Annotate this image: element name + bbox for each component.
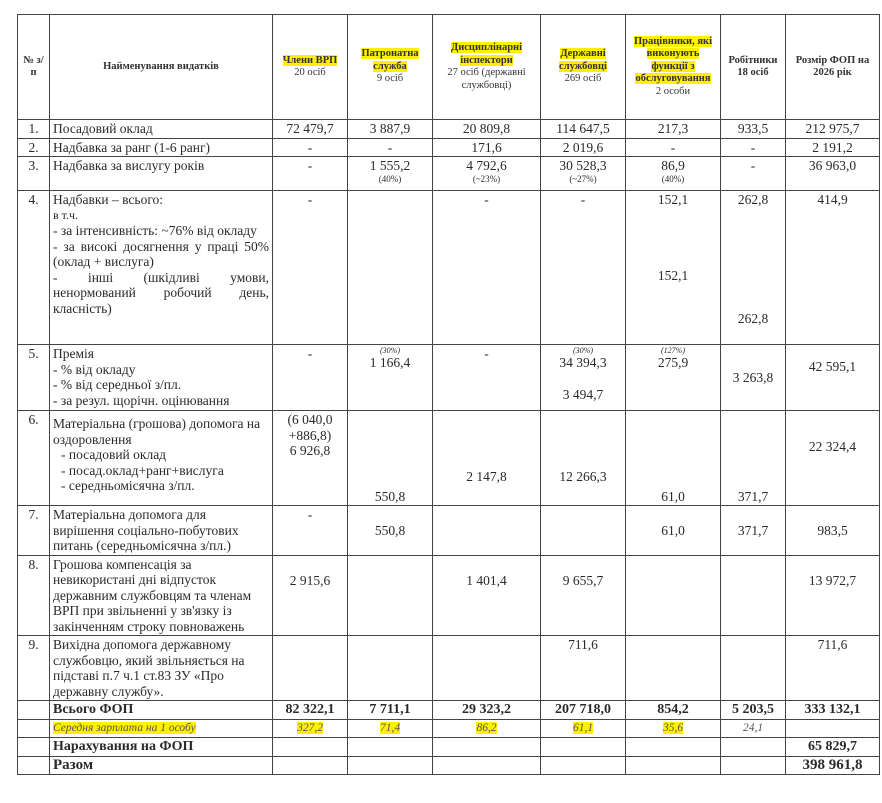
payroll-table: № з/п Найменування видатків Члени ВРП20 …	[17, 14, 880, 775]
header-col1: Члени ВРП20 осіб	[273, 15, 348, 120]
grand-total-row: Разом 398 961,8	[18, 756, 880, 775]
table-row: 8. Грошова компенсація за невикористані …	[18, 555, 880, 636]
header-row: № з/п Найменування видатків Члени ВРП20 …	[18, 15, 880, 120]
header-name: Найменування видатків	[50, 15, 273, 120]
table-row: 7. Матеріальна допомога для вирішення со…	[18, 506, 880, 556]
header-col5: Працівники, які виконують функції з обсл…	[626, 15, 721, 120]
header-no: № з/п	[18, 15, 50, 120]
average-salary-row: Середня зарплата на 1 особу 327,2 71,4 8…	[18, 719, 880, 738]
table-row: 6. Матеріальна (грошова) допомога на озд…	[18, 411, 880, 506]
table-row: 3. Надбавка за вислугу років - 1 555,2(4…	[18, 157, 880, 191]
header-col4: Державні службовці269 осіб	[541, 15, 626, 120]
table-row: 1. Посадовий оклад 72 479,7 3 887,9 20 8…	[18, 120, 880, 139]
total-row: Всього ФОП 82 322,1 7 711,1 29 323,2 207…	[18, 701, 880, 720]
table-row: 2. Надбавка за ранг (1-6 ранг) - - 171,6…	[18, 138, 880, 157]
table-row: 9. Вихідна допомога державному службовцю…	[18, 636, 880, 701]
header-col3: Дисциплінарні інспектори27 осіб (державн…	[433, 15, 541, 120]
header-col7: Розмір ФОП на 2026 рік	[786, 15, 880, 120]
table-row: 4. Надбавки – всього: в т.ч. - за інтенс…	[18, 191, 880, 345]
header-col2: Патронатна служба9 осіб	[348, 15, 433, 120]
accruals-row: Нарахування на ФОП 65 829,7	[18, 738, 880, 757]
header-col6: Робітники18 осіб	[721, 15, 786, 120]
table-row: 5. Премія - % від окладу - % від середнь…	[18, 345, 880, 411]
